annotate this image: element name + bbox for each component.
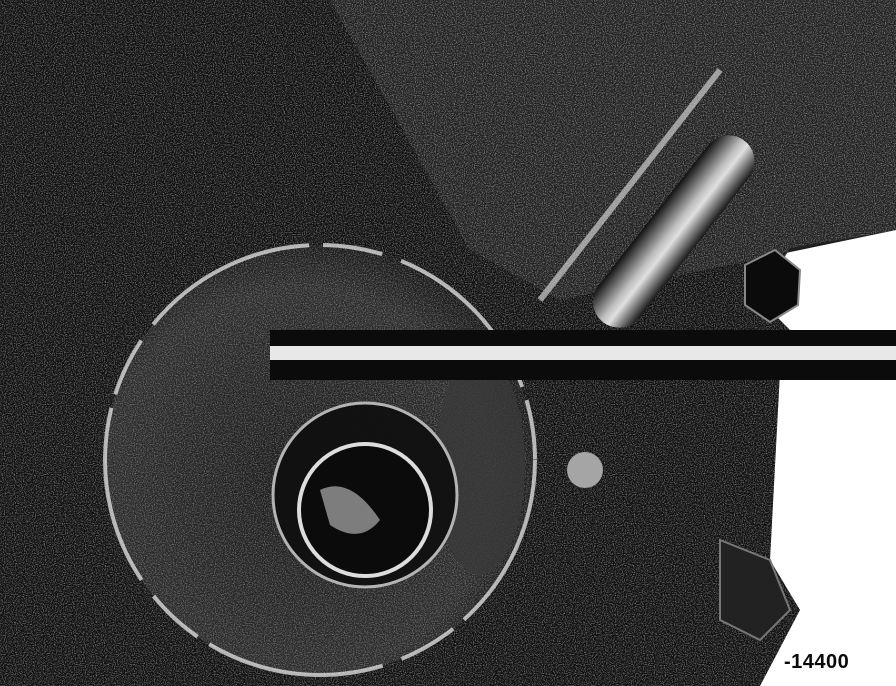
pulley-wheel xyxy=(105,245,535,675)
boss xyxy=(567,452,603,488)
hex-bolt xyxy=(745,250,800,322)
photograph xyxy=(0,0,896,686)
horizontal-rod xyxy=(270,330,896,380)
figure-label: -14400 xyxy=(784,651,849,674)
